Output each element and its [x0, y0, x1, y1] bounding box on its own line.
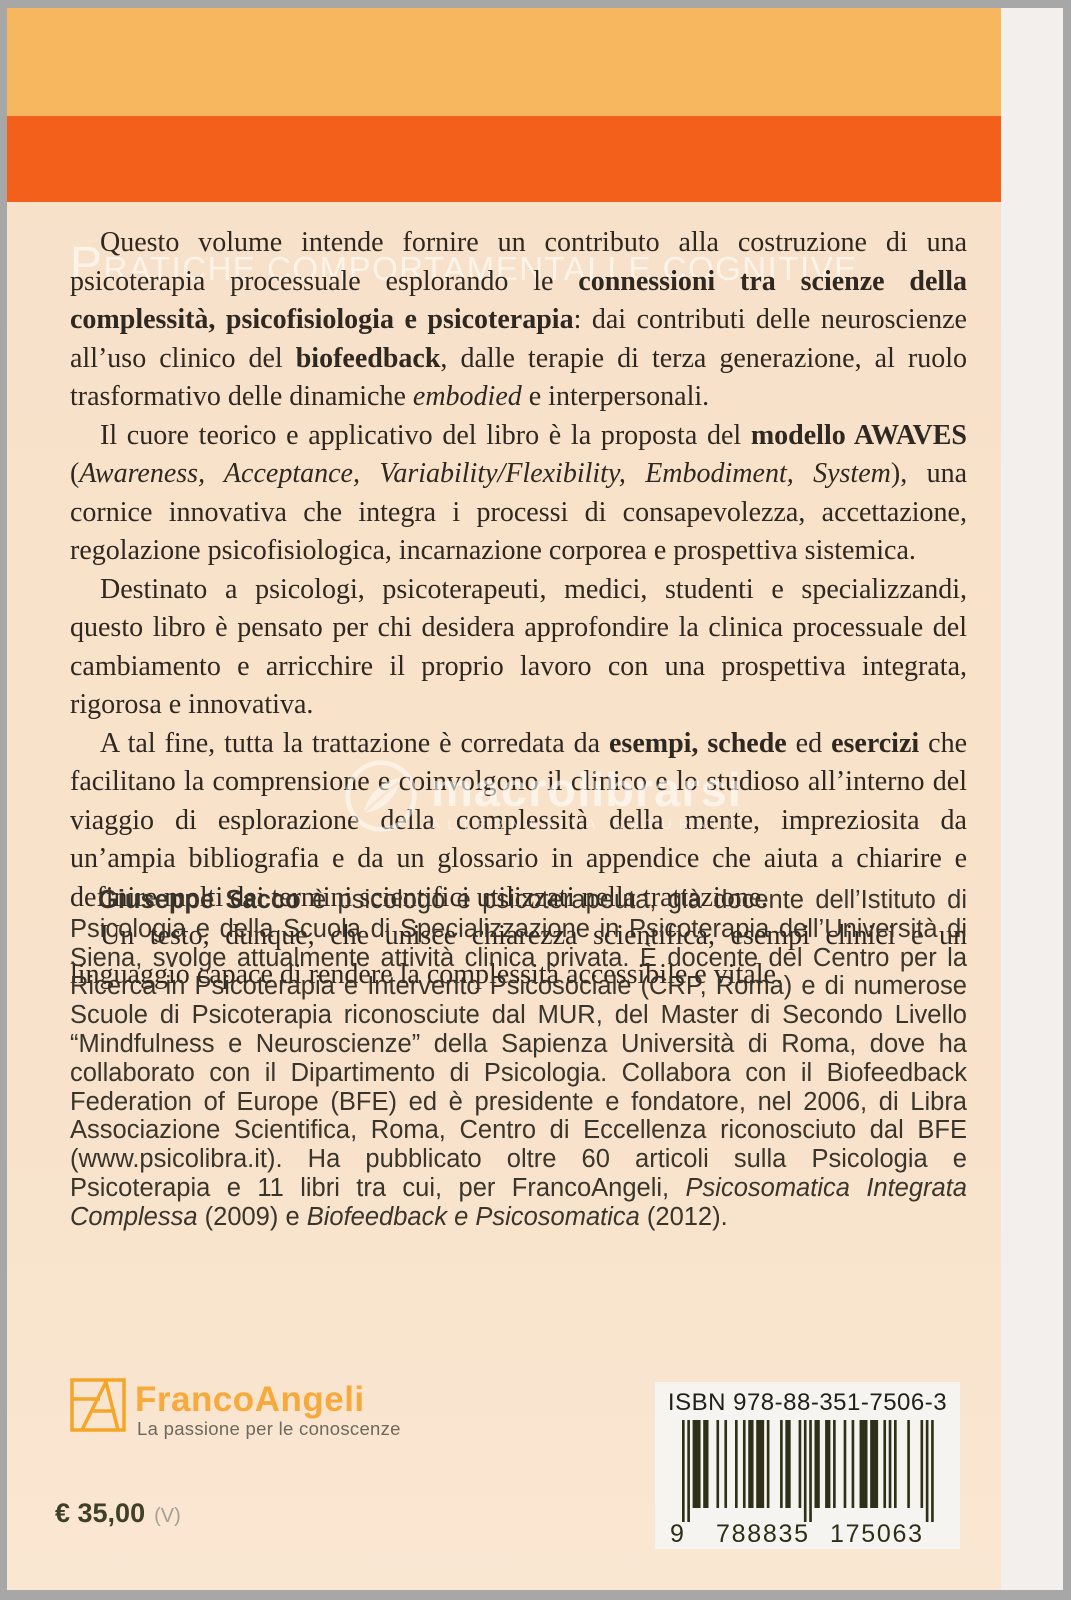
barcode-digits-right: 175063 — [830, 1520, 922, 1546]
author-bio: Giuseppe Sacco è psicologo e psicoterape… — [70, 886, 967, 1232]
publisher-tagline: La passione per le conoscenze — [137, 1418, 401, 1440]
isbn-label: ISBN 978-88-351-7506-3 — [668, 1389, 947, 1417]
isbn-barcode-box: ISBN 978-88-351-7506-3 9 788835 175063 — [655, 1382, 960, 1549]
header-amber-band — [7, 8, 1001, 116]
barcode-digits-left: 788835 — [716, 1520, 808, 1546]
francoangeli-logo-icon — [70, 1378, 126, 1432]
book-back-cover-scan: Pratiche comportamentali e cognitive Que… — [0, 0, 1071, 1600]
publisher-name: FrancoAngeli — [135, 1378, 365, 1422]
paragraph: Destinato a psicologi, psicoterapeuti, m… — [70, 571, 967, 725]
paragraph: Questo volume intende fornire un contrib… — [70, 224, 967, 417]
barcode-digit-first: 9 — [670, 1520, 684, 1546]
paragraph: Il cuore teorico e applicativo del libro… — [70, 417, 967, 571]
paragraph: Giuseppe Sacco è psicologo e psicoterape… — [70, 886, 967, 1232]
back-cover: Pratiche comportamentali e cognitive Que… — [7, 8, 1001, 1590]
price: € 35,00 (V) — [55, 1498, 181, 1529]
blurb-paragraphs: Questo volume intende fornire un contrib… — [70, 224, 967, 994]
price-note: (V) — [154, 1505, 181, 1528]
ean13-barcode: 9 788835 175063 — [668, 1418, 948, 1546]
price-amount: € 35,00 — [55, 1498, 145, 1529]
header-orange-band: Pratiche comportamentali e cognitive — [7, 116, 1001, 202]
